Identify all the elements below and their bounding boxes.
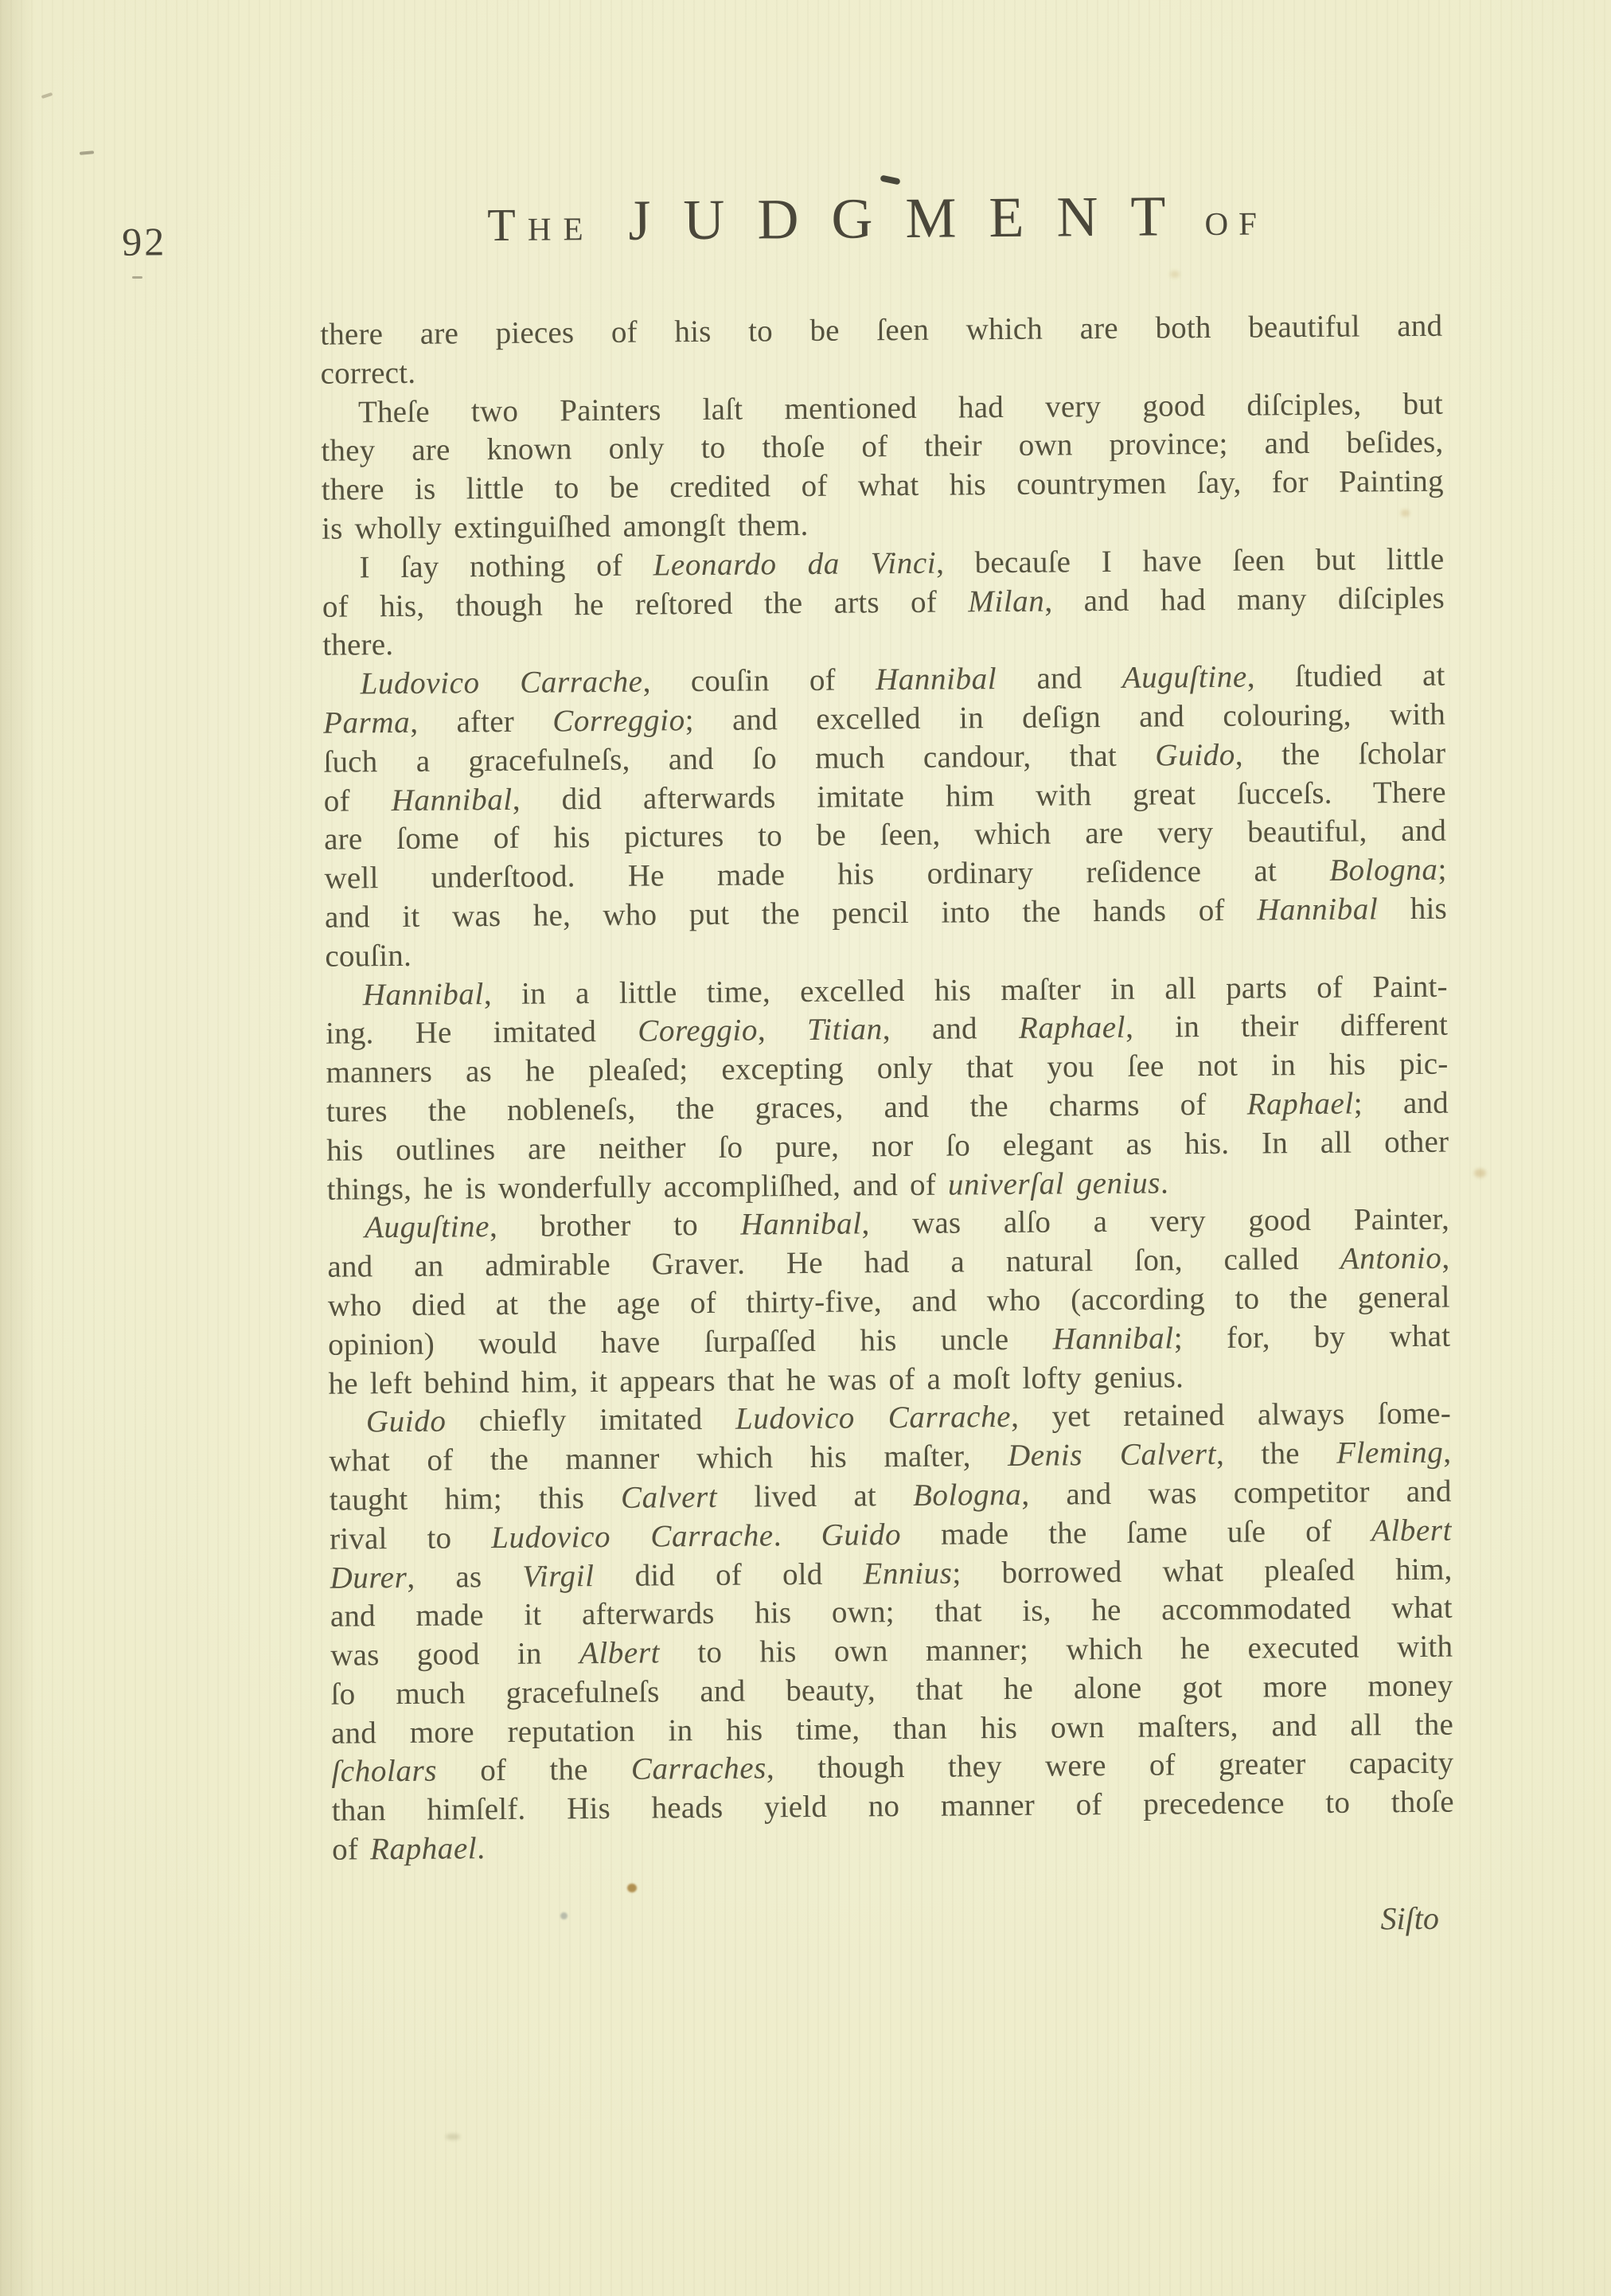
header-word-of: of: [1204, 192, 1267, 246]
ink-dash-mark: [132, 276, 142, 279]
foxing-spot: [1474, 1169, 1486, 1177]
foxing-spot: [446, 2134, 460, 2140]
foxing-spot: [627, 1884, 637, 1892]
running-header: The JUDGMENT of: [313, 182, 1442, 256]
paragraph: there are pieces of his to be ſeen which…: [320, 307, 1443, 394]
text-block: there are pieces of his to be ſeen which…: [320, 307, 1454, 1870]
catchword-row: Siſto: [333, 1900, 1439, 1947]
paragraph: Ludovico Carrache, couſin of Hannibal an…: [322, 657, 1447, 976]
paragraph: Auguſtine, brother to Hannibal, was alſo…: [327, 1201, 1451, 1404]
foxing-spot: [1170, 271, 1180, 278]
paragraph: I ſay nothing of Leonardo da Vinci, beca…: [322, 540, 1445, 665]
page-content: 92 The JUDGMENT of there are pieces of h…: [0, 0, 1611, 2296]
paragraph: Guido chiefly imitated Ludovico Carrache…: [329, 1395, 1455, 1870]
book-page-scan: 92 The JUDGMENT of there are pieces of h…: [0, 0, 1611, 2296]
paragraph: Theſe two Painters laſt mentioned had ve…: [321, 385, 1444, 549]
page-number: 92: [122, 218, 166, 264]
foxing-spot: [560, 1912, 568, 1919]
catchword: Siſto: [1380, 1900, 1439, 1937]
foxing-spot: [1401, 510, 1410, 517]
paragraph: Hannibal, in a little time, excelled his…: [326, 967, 1449, 1209]
header-word-the: The: [487, 197, 595, 252]
header-title: JUDGMENT: [628, 183, 1199, 254]
